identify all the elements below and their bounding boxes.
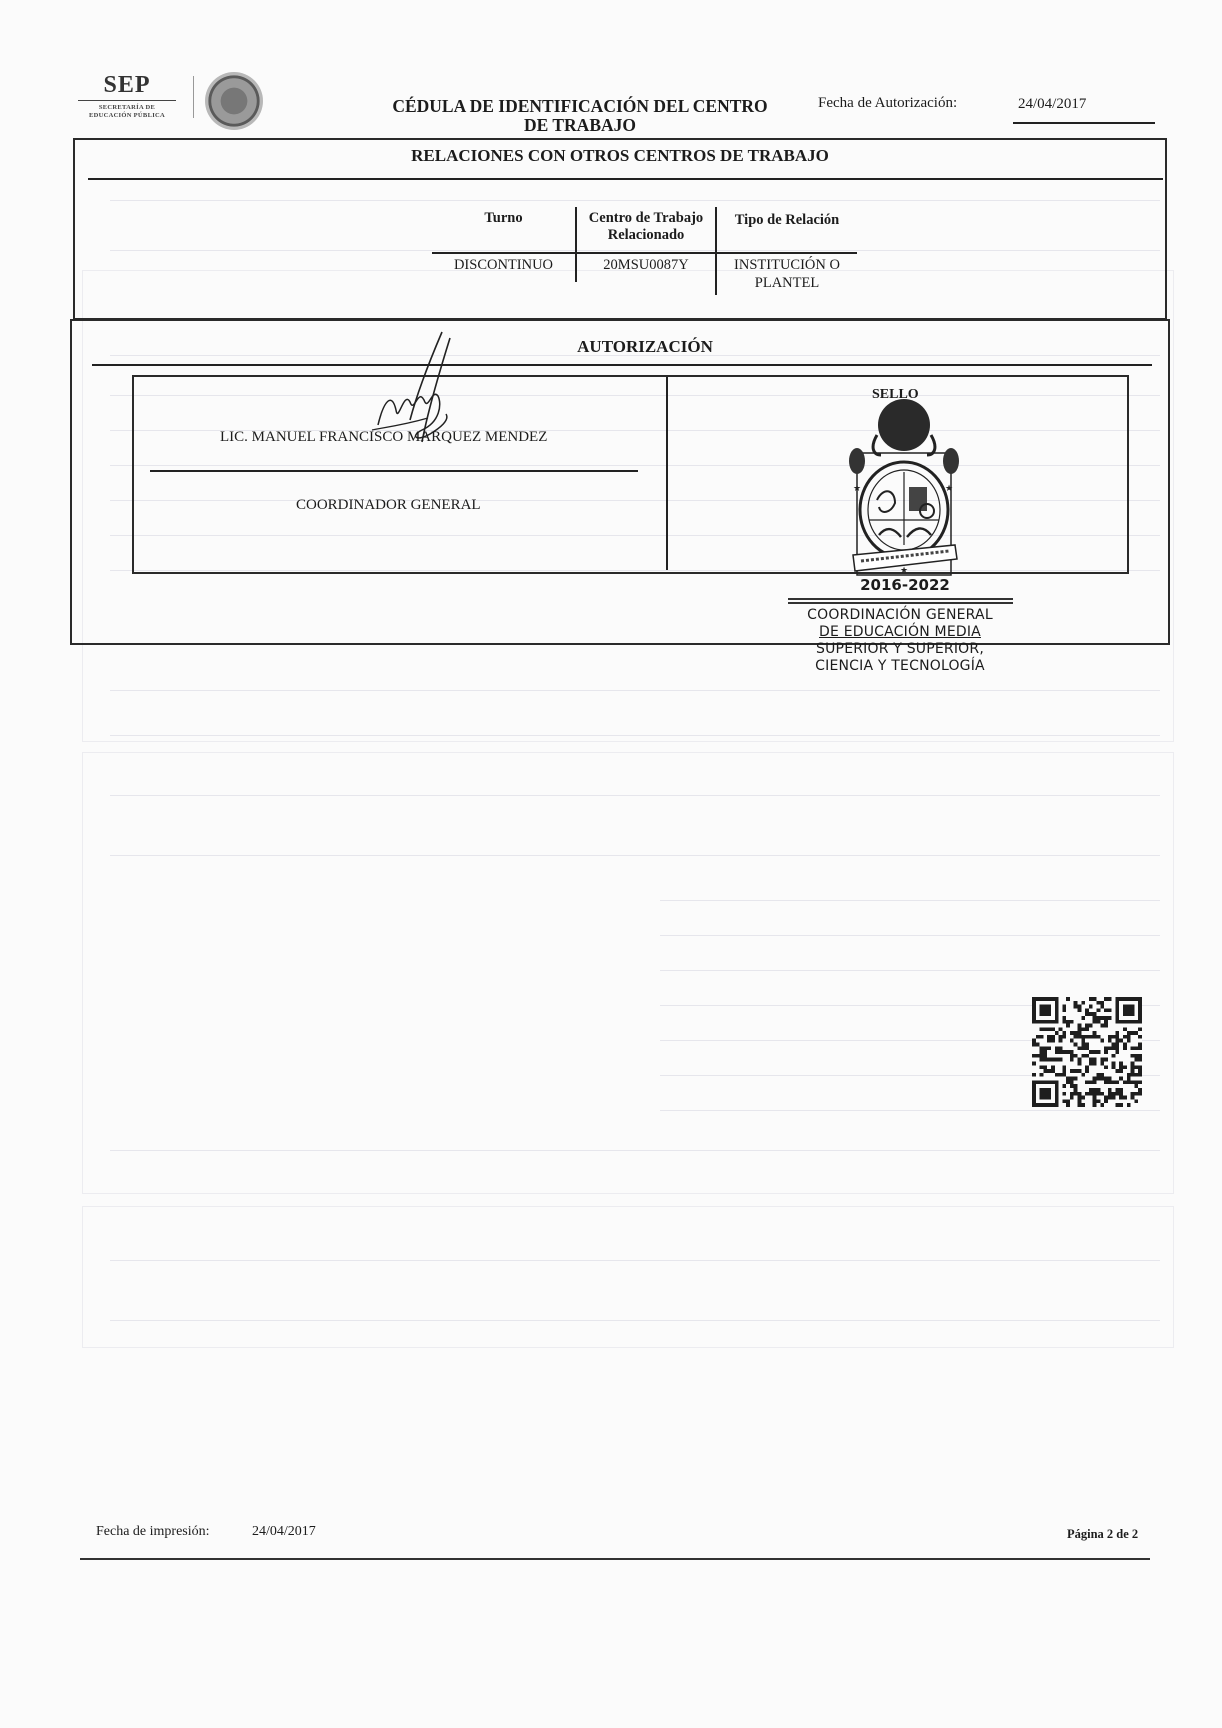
- sep-logo: SEP SECRETARÍA DE EDUCACIÓN PÚBLICA: [72, 72, 182, 120]
- cell-tipo: INSTITUCIÓN O PLANTEL: [717, 256, 857, 292]
- seal-rule-1: [788, 598, 1013, 600]
- seal-organization: COORDINACIÓN GENERAL DE EDUCACIÓN MEDIA …: [770, 607, 1030, 675]
- title-line-1: CÉDULA DE IDENTIFICACIÓN DEL CENTRO: [360, 97, 800, 116]
- signer-name: LIC. MANUEL FRANCISCO MARQUEZ MENDEZ: [220, 429, 547, 446]
- table-header-rule: [432, 252, 857, 254]
- signature-rule: [150, 470, 638, 472]
- svg-text:★: ★: [900, 565, 908, 575]
- relations-title-rule: [88, 178, 1163, 180]
- logo-subtitle-2: EDUCACIÓN PÚBLICA: [72, 112, 182, 120]
- column-header-tipo: Tipo de Relación: [717, 212, 857, 229]
- signature-seal-divider: [666, 377, 668, 570]
- page-indicator: Página 2 de 2: [1067, 1527, 1138, 1542]
- mexican-coat-of-arms-icon: [205, 72, 263, 130]
- logo-text: SEP: [72, 72, 182, 98]
- authorization-date-label: Fecha de Autorización:: [818, 95, 957, 112]
- cell-centro: 20MSU0087Y: [577, 256, 715, 274]
- authorization-title: AUTORIZACIÓN: [70, 337, 1220, 357]
- svg-text:★: ★: [945, 483, 953, 493]
- svg-text:★: ★: [853, 483, 861, 493]
- relations-title: RELACIONES CON OTROS CENTROS DE TRABAJO: [73, 146, 1167, 166]
- print-date-label: Fecha de impresión:: [96, 1524, 210, 1540]
- seal-rule-2: [788, 602, 1013, 604]
- title-line-2: DE TRABAJO: [360, 116, 800, 135]
- logo-subtitle-1: SECRETARÍA DE: [72, 104, 182, 112]
- signer-role: COORDINADOR GENERAL: [296, 497, 481, 514]
- logo-divider: [193, 76, 194, 118]
- document-title: CÉDULA DE IDENTIFICACIÓN DEL CENTRO DE T…: [360, 97, 800, 135]
- state-coat-of-arms-seal: ★ ★ ★: [845, 395, 963, 577]
- qr-code: [1032, 997, 1142, 1107]
- authorization-title-rule: [92, 364, 1152, 366]
- signature-seal-panel: [132, 375, 1129, 574]
- seal-years: 2016-2022: [840, 576, 970, 594]
- print-date-value: 24/04/2017: [252, 1524, 316, 1540]
- authorization-date-rule: [1013, 122, 1155, 124]
- footer-rule: [80, 1558, 1150, 1560]
- authorization-date-value: 24/04/2017: [1018, 96, 1086, 113]
- column-header-centro: Centro de Trabajo Relacionado: [577, 210, 715, 244]
- column-header-turno: Turno: [432, 210, 575, 227]
- seal-label: SELLO: [872, 387, 919, 403]
- cell-turno: DISCONTINUO: [432, 256, 575, 274]
